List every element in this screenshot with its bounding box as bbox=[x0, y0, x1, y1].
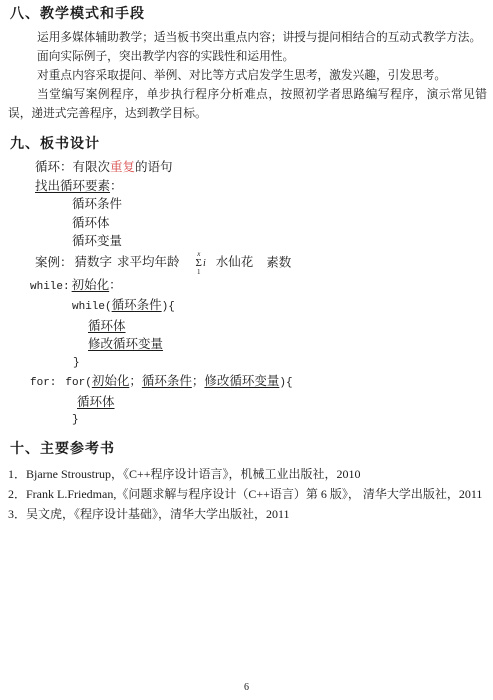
page-number: 6 bbox=[0, 682, 493, 693]
loop-definition-line: 循环：有限次重复的语句 bbox=[35, 158, 487, 177]
for-open-brace: ){ bbox=[279, 377, 292, 389]
while-open-line: while(循环条件){ bbox=[72, 296, 487, 317]
for-open: for( bbox=[65, 377, 91, 389]
for-line: for:for(初始化；循环条件；修改循环变量){ bbox=[30, 372, 487, 393]
case-line: 案例：猜数字求平均年龄xΣ1i水仙花素数 bbox=[35, 251, 487, 276]
case-label: 案例： bbox=[35, 255, 73, 269]
paragraph: 运用多媒体辅助教学；适当板书突出重点内容；讲授与提问相结合的互动式教学方法。 bbox=[8, 28, 487, 47]
loop-def-highlight: 重复 bbox=[110, 160, 135, 174]
while-label-line: while:初始化： bbox=[30, 276, 487, 297]
sigma-symbol: Σ bbox=[196, 258, 202, 269]
loop-elements-label: 找出循环要素 bbox=[35, 179, 110, 193]
for-init: 初始化 bbox=[92, 374, 130, 388]
while-body-line: 循环体 bbox=[88, 317, 487, 336]
case-guess-number: 猜数字 bbox=[75, 255, 113, 269]
loop-element-item: 循环体 bbox=[72, 214, 487, 233]
document-page: 八、教学模式和手段 运用多媒体辅助教学；适当板书突出重点内容；讲授与提问相结合的… bbox=[0, 0, 493, 700]
reference-list: 1．Bjarne Stroustrup，《C++程序设计语言》，机械工业出版社，… bbox=[8, 464, 487, 524]
loop-elements-label-line: 找出循环要素： bbox=[35, 177, 487, 196]
section-9-title: 九、板书设计 bbox=[10, 135, 487, 152]
while-update: 修改循环变量 bbox=[88, 337, 163, 351]
sum-formula: xΣ1i bbox=[196, 251, 206, 276]
sum-lower-bound: 1 bbox=[197, 269, 201, 276]
for-body-line: 循环体 bbox=[77, 393, 487, 412]
while-update-line: 修改循环变量 bbox=[88, 335, 487, 354]
for-close-line: } bbox=[72, 411, 487, 430]
case-prime: 素数 bbox=[266, 255, 291, 269]
case-narcissus: 水仙花 bbox=[216, 255, 254, 269]
for-update: 修改循环变量 bbox=[204, 374, 279, 388]
loop-element-item: 循环变量 bbox=[72, 232, 487, 251]
sum-variable: i bbox=[203, 255, 206, 274]
reference-item: 2．Frank L.Friedman,《问题求解与程序设计（C++语言）第 6 … bbox=[8, 484, 487, 504]
while-keyword: while: bbox=[30, 281, 70, 293]
while-open: while( bbox=[72, 301, 112, 313]
for-sep1: ； bbox=[129, 374, 142, 388]
for-condition: 循环条件 bbox=[142, 374, 192, 388]
paragraph: 对重点内容采取提问、举例、对比等方式启发学生思考，激发兴趣，引发思考。 bbox=[8, 66, 487, 85]
loop-def-post: 的语句 bbox=[135, 160, 173, 174]
section-8-title: 八、教学模式和手段 bbox=[10, 5, 487, 22]
while-open-brace: ){ bbox=[162, 301, 175, 313]
reference-item: 3．吴文虎，《程序设计基础》，清华大学出版社，2011 bbox=[8, 504, 487, 524]
blackboard-design: 循环：有限次重复的语句 找出循环要素： 循环条件 循环体 循环变量 案例：猜数字… bbox=[8, 158, 487, 430]
section-10-title: 十、主要参考书 bbox=[10, 440, 487, 457]
for-keyword: for: bbox=[30, 377, 56, 389]
loop-element-item: 循环条件 bbox=[72, 195, 487, 214]
for-body: 循环体 bbox=[77, 395, 115, 409]
loop-def-pre: 循环：有限次 bbox=[35, 160, 110, 174]
while-init-colon: ： bbox=[109, 278, 122, 292]
while-condition: 循环条件 bbox=[112, 298, 162, 312]
while-init: 初始化 bbox=[72, 278, 110, 292]
section-8-body: 运用多媒体辅助教学；适当板书突出重点内容；讲授与提问相结合的互动式教学方法。 面… bbox=[8, 28, 487, 123]
sigma-stack: xΣ1 bbox=[196, 251, 202, 276]
while-close-line: } bbox=[73, 354, 487, 373]
case-average-age: 求平均年龄 bbox=[117, 255, 180, 269]
paragraph: 面向实际例子，突出教学内容的实践性和运用性。 bbox=[8, 47, 487, 66]
page-content: 八、教学模式和手段 运用多媒体辅助教学；适当板书突出重点内容；讲授与提问相结合的… bbox=[0, 0, 493, 524]
paragraph: 当堂编写案例程序，单步执行程序分析难点，按照初学者思路编写程序，演示常见错误，递… bbox=[8, 85, 487, 123]
for-sep2: ； bbox=[192, 374, 205, 388]
reference-item: 1．Bjarne Stroustrup，《C++程序设计语言》，机械工业出版社，… bbox=[8, 464, 487, 484]
while-body: 循环体 bbox=[88, 319, 126, 333]
loop-elements-colon: ： bbox=[110, 179, 123, 193]
